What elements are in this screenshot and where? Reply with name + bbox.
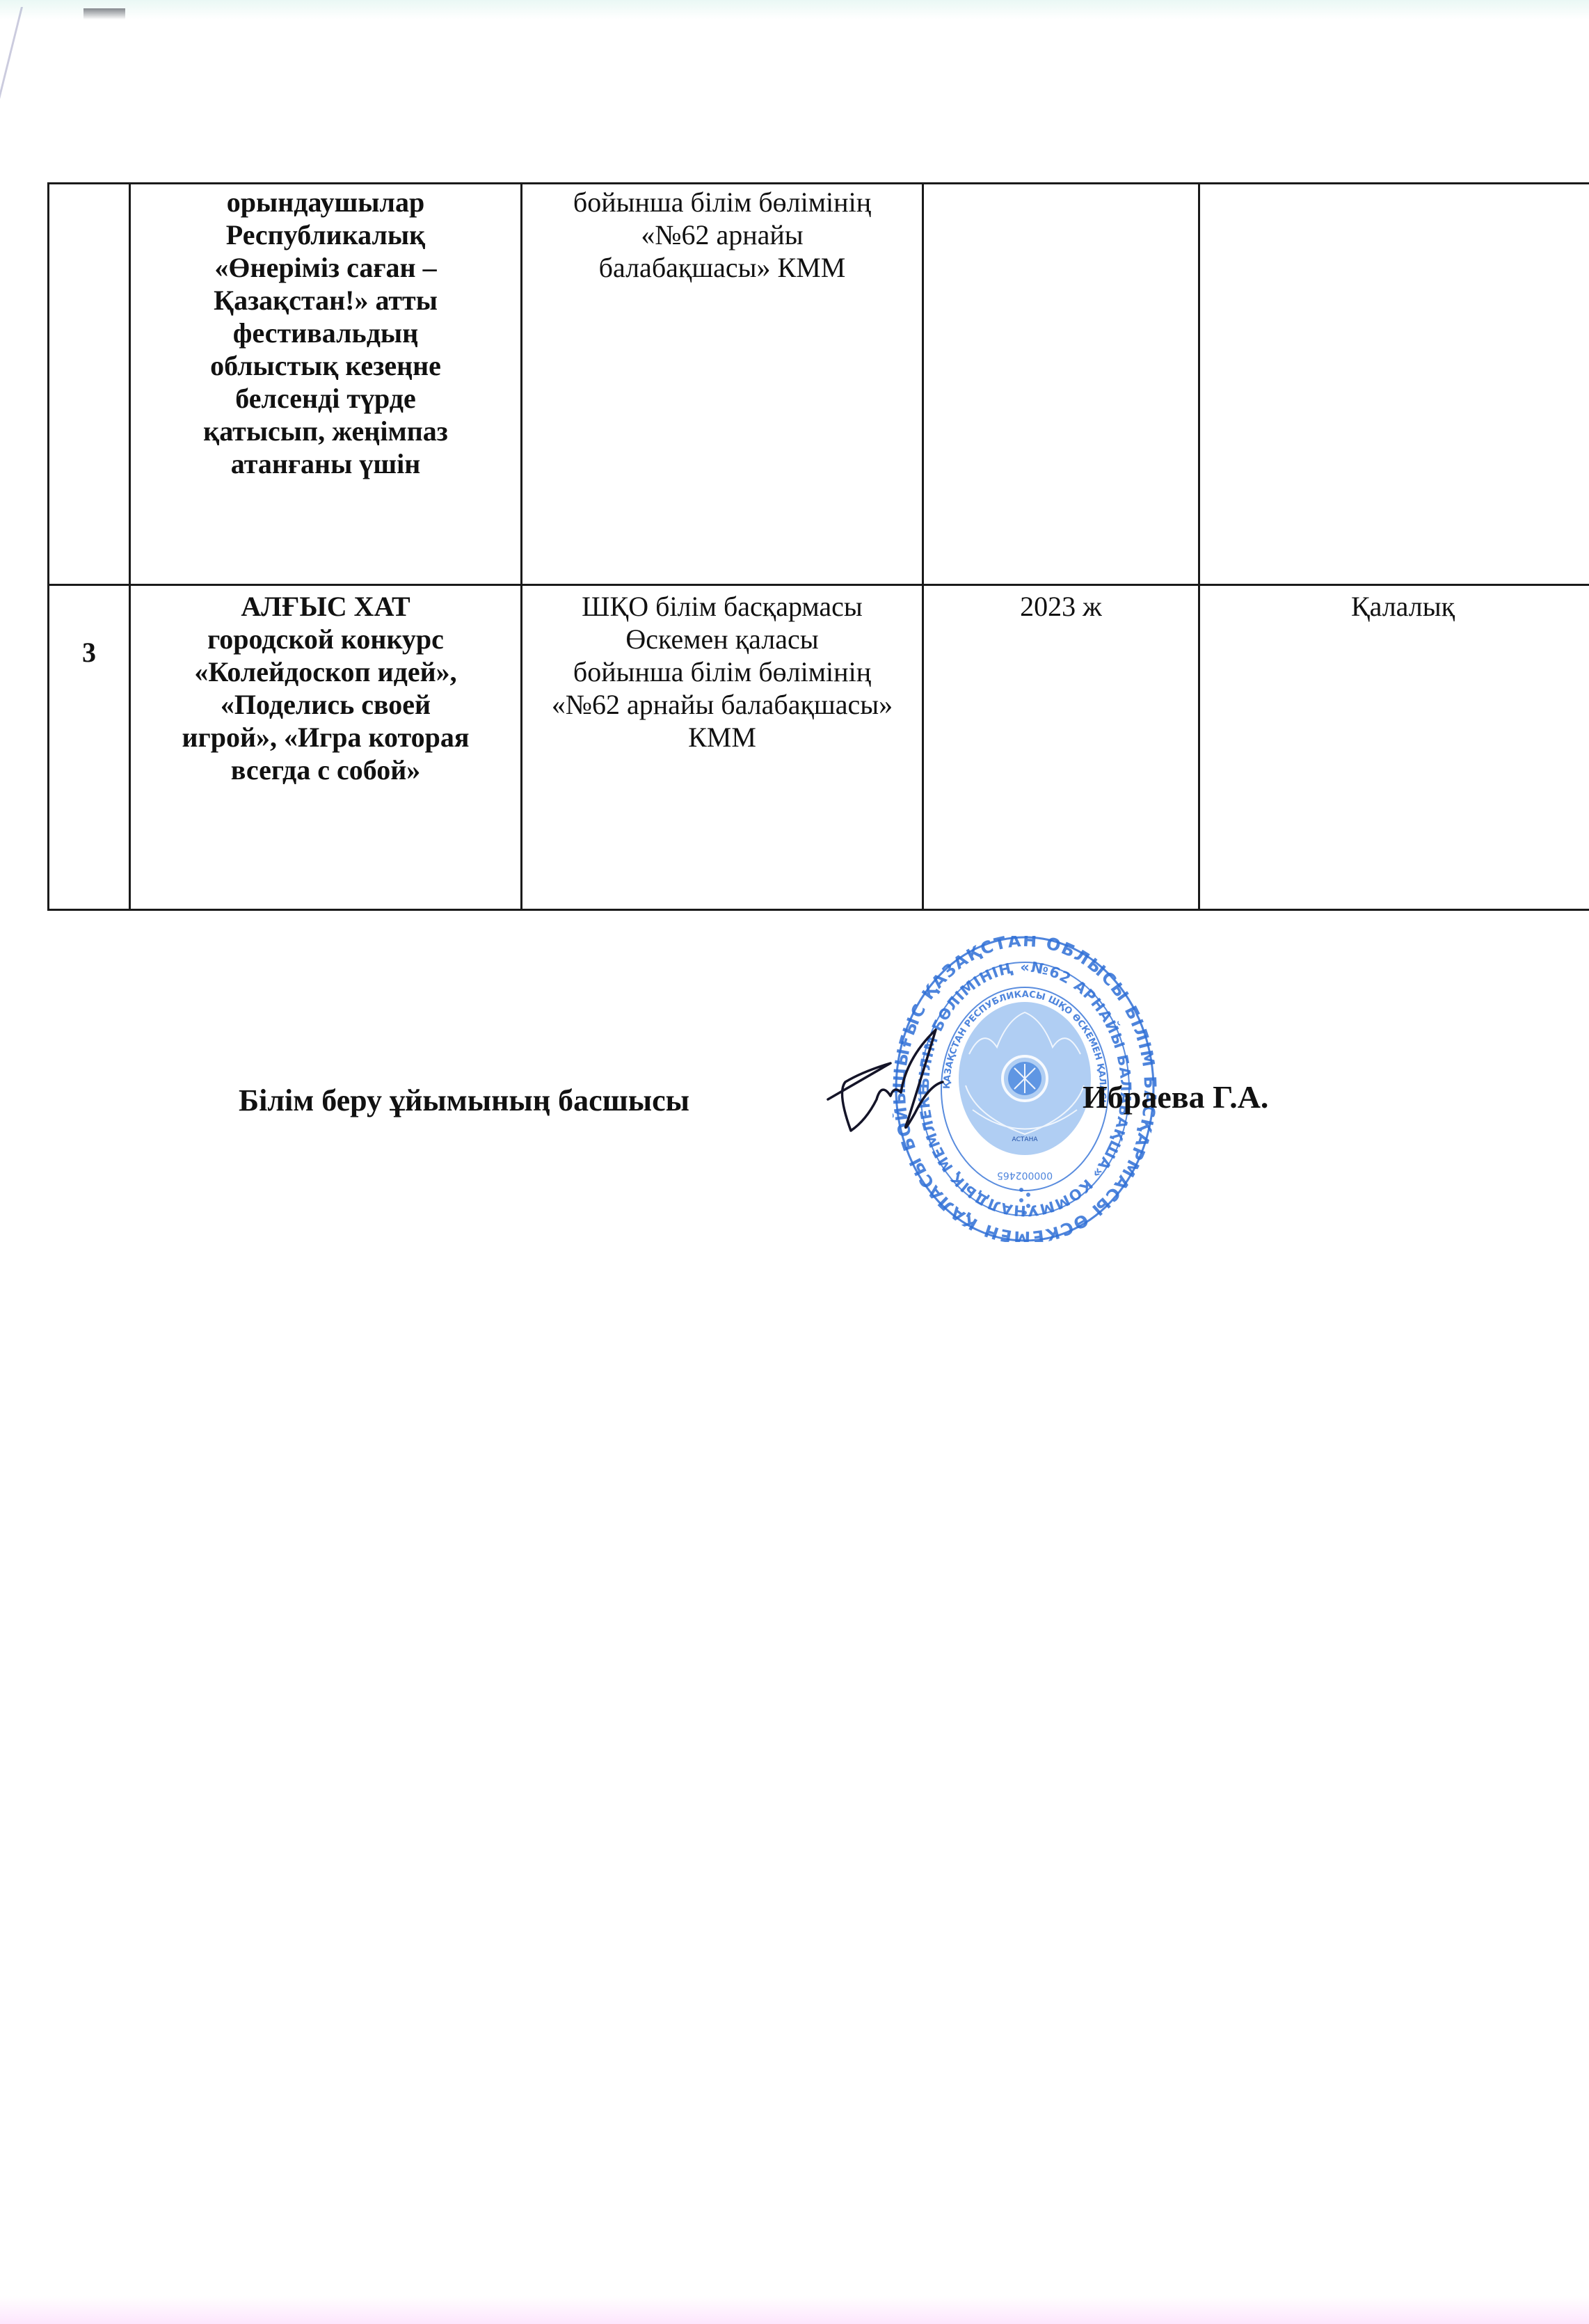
svg-text:000002465: 000002465: [997, 1170, 1053, 1181]
org-line: ШҚО білім басқармасы: [527, 590, 918, 623]
org-line: бойынша білім бөлімінің: [527, 655, 918, 688]
svg-text:ҚАЗАҚСТАН РЕСПУБЛИКАСЫ ШҚО ӨСК: ҚАЗАҚСТАН РЕСПУБЛИКАСЫ ШҚО ӨСКЕМЕН ҚАЛАС…: [942, 989, 1108, 1109]
signatory-name: Ибраева Г.А.: [1083, 1079, 1268, 1115]
award-line: фестивальдың: [135, 317, 516, 349]
award-line: атанғаны үшін: [135, 447, 516, 480]
org-line: «№62 арнайы: [527, 218, 918, 251]
award-line: орындаушылар: [135, 186, 516, 218]
table-row: 3 АЛҒЫС ХАТ городской конкурс «Колейдоск…: [49, 585, 1589, 910]
scan-bottom-tint: [0, 2296, 1589, 2324]
org-line: КММ: [527, 721, 918, 754]
scan-top-tint: [0, 0, 1589, 19]
signatory-title: Білім беру ұйымының басшысы: [239, 1083, 689, 1118]
award-line: «Колейдоскоп идей»,: [135, 655, 516, 688]
row-number: [49, 184, 130, 585]
award-level: Қалалық: [1199, 585, 1589, 910]
award-level: [1199, 184, 1589, 585]
official-stamp-icon: ШЫҒЫС ҚАЗАҚСТАН ОБЛЫСЫ БІЛІМ БАСҚАРМАСЫ …: [893, 936, 1157, 1242]
org-line: балабақшасы» КММ: [527, 251, 918, 284]
scan-shadow: [83, 8, 125, 19]
award-year: [923, 184, 1199, 585]
org-line: «№62 арнайы балабақшасы»: [527, 688, 918, 721]
award-year: 2023 ж: [923, 585, 1199, 910]
handwritten-signature-icon: [824, 1016, 977, 1141]
awards-table: орындаушылар Республикалық «Өнеріміз сағ…: [47, 182, 1589, 911]
award-line: городской конкурс: [135, 623, 516, 655]
award-line: қатысып, жеңімпаз: [135, 415, 516, 447]
svg-text:БІЛІМ БӨЛІМІНІҢ «№62 АРНАЙЫ БА: БІЛІМ БӨЛІМІНІҢ «№62 АРНАЙЫ БАЛАБАҚША» К…: [893, 936, 1134, 1219]
award-line: Республикалық: [135, 218, 516, 251]
award-line: игрой», «Игра которая: [135, 721, 516, 754]
issuing-organization: ШҚО білім басқармасы Өскемен қаласы бойы…: [522, 585, 923, 910]
award-description: АЛҒЫС ХАТ городской конкурс «Колейдоскоп…: [130, 585, 522, 910]
award-line: Қазақстан!» атты: [135, 284, 516, 317]
row-number: 3: [49, 585, 130, 910]
award-line: АЛҒЫС ХАТ: [135, 590, 516, 623]
svg-text:АСТАНА: АСТАНА: [1012, 1136, 1038, 1143]
award-line: облыстық кезеңне: [135, 349, 516, 382]
org-line: Өскемен қаласы: [527, 623, 918, 655]
award-description: орындаушылар Республикалық «Өнеріміз сағ…: [130, 184, 522, 585]
svg-text:ШЫҒЫС ҚАЗАҚСТАН ОБЛЫСЫ БІЛІМ Б: ШЫҒЫС ҚАЗАҚСТАН ОБЛЫСЫ БІЛІМ БАСҚАРМАСЫ …: [893, 936, 1157, 1242]
award-line: «Өнеріміз саған –: [135, 251, 516, 284]
award-line: «Поделись своей: [135, 688, 516, 721]
table-row: орындаушылар Республикалық «Өнеріміз сағ…: [49, 184, 1589, 585]
org-line: бойынша білім бөлімінің: [527, 186, 918, 218]
issuing-organization: бойынша білім бөлімінің «№62 арнайы бала…: [522, 184, 923, 585]
award-line: всегда с собой»: [135, 754, 516, 786]
award-line: белсенді түрде: [135, 382, 516, 415]
